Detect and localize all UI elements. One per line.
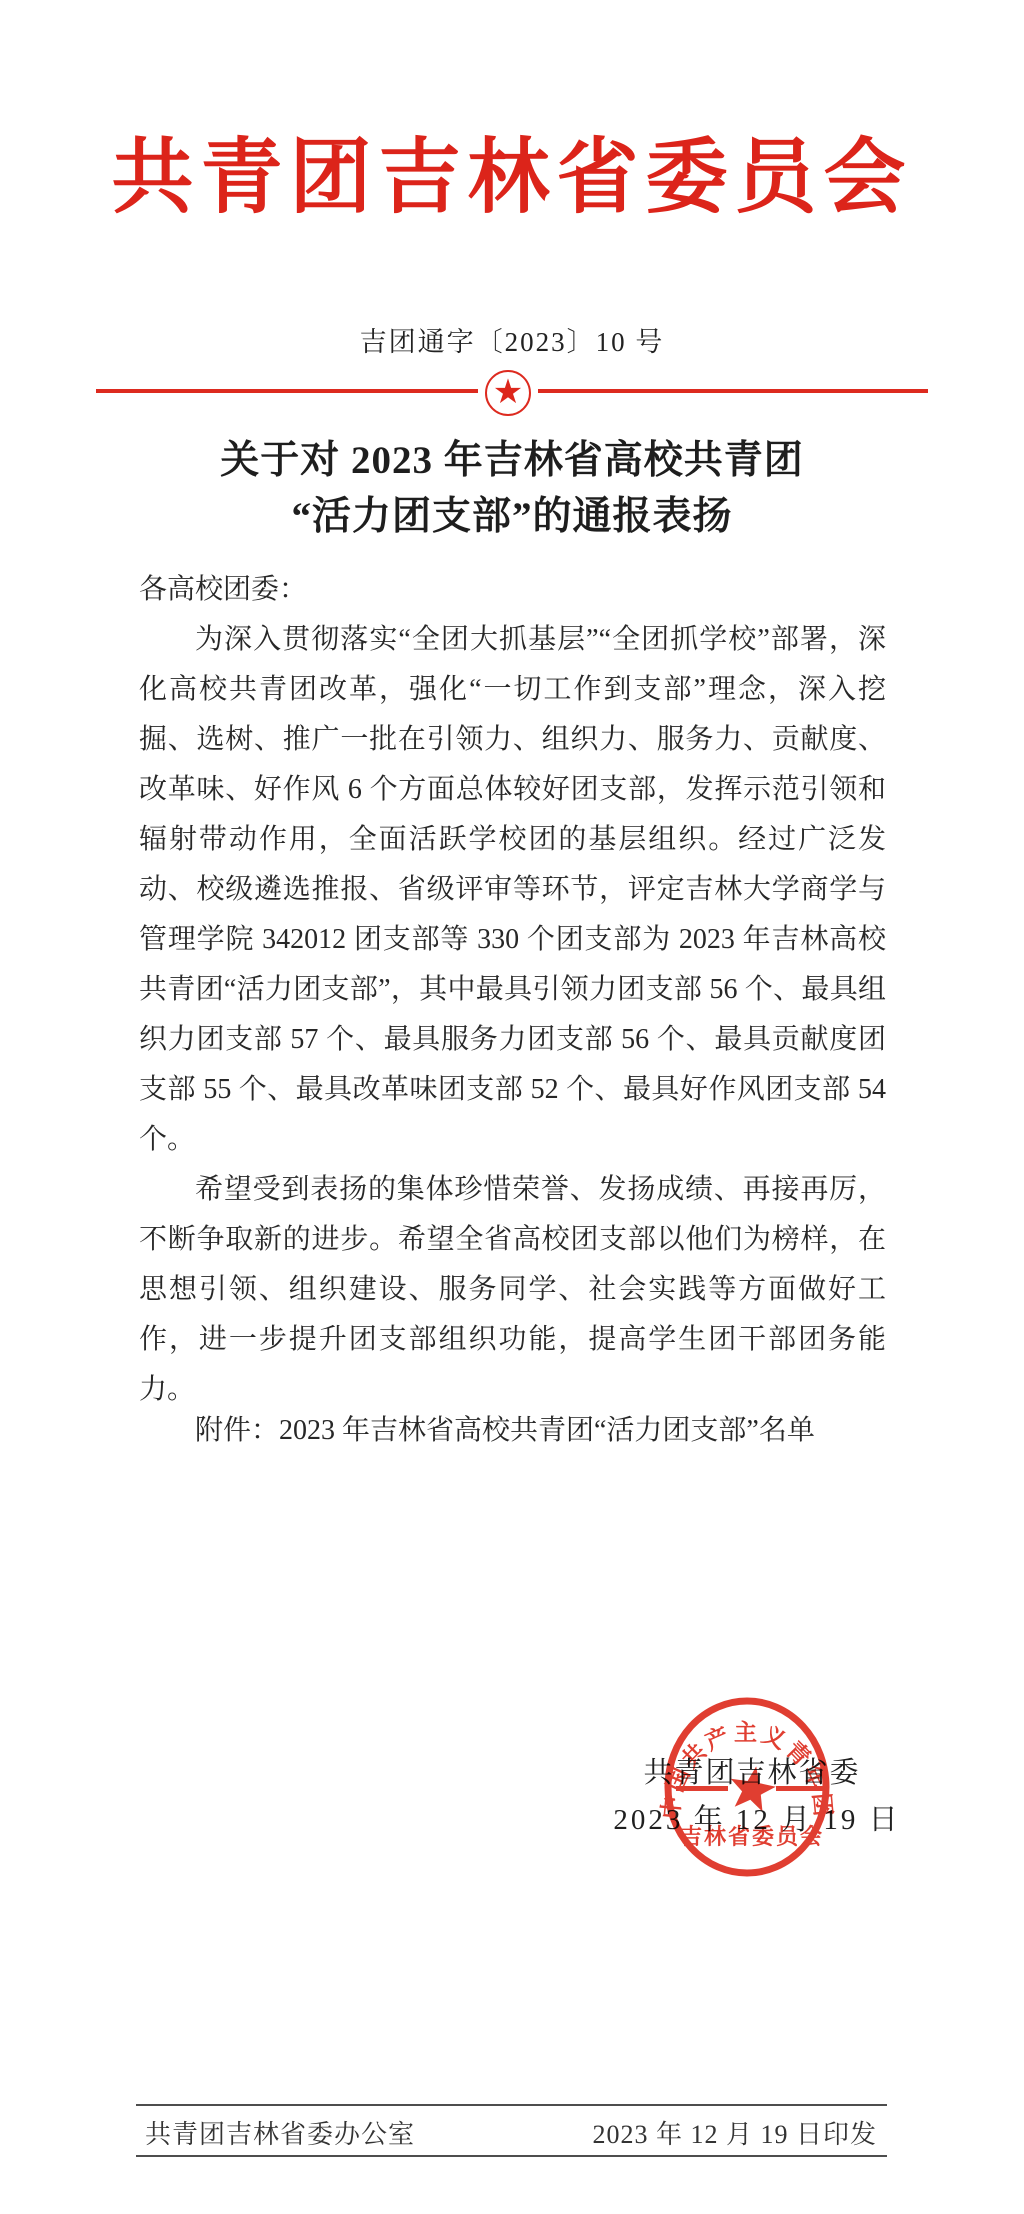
footer-rule-top [136, 2104, 887, 2106]
letterhead-title: 共青团吉林省委员会 [0, 112, 1024, 229]
seal-star-icon [731, 1766, 776, 1811]
star-emblem: ★ [485, 370, 531, 416]
seal-left-bar [676, 1786, 728, 1791]
body-paragraph-1: 为深入贯彻落实“全团大抓基层”“全团抓学校”部署，深化高校共青团改革，强化“一切… [139, 615, 886, 1165]
salutation: 各高校团委： [139, 565, 886, 615]
attachment-note: 附件：2023 年吉林省高校共青团“活力团支部”名单 [139, 1406, 886, 1456]
red-divider-right [538, 389, 928, 393]
document-body: 各高校团委： 为深入贯彻落实“全团大抓基层”“全团抓学校”部署，深化高校共青团改… [139, 565, 886, 1415]
footer-print-date: 2023 年 12 月 19 日印发 [592, 2114, 877, 2151]
document-title: 关于对 2023 年吉林省高校共青团 “活力团支部”的通报表扬 [0, 433, 1024, 545]
footer-rule-bottom [136, 2155, 887, 2157]
official-document-page: { "doc": { "header_title": "共青团吉林省委员会", … [0, 0, 1024, 2214]
document-title-line2: “活力团支部”的通报表扬 [0, 489, 1024, 545]
footer: 共青团吉林省委办公室 2023 年 12 月 19 日印发 [145, 2114, 877, 2151]
footer-issuing-office: 共青团吉林省委办公室 [145, 2114, 415, 2151]
document-number: 吉团通字〔2023〕10 号 [0, 320, 1024, 359]
seal-right-bar [776, 1786, 828, 1791]
document-title-line1: 关于对 2023 年吉林省高校共青团 [0, 433, 1024, 489]
red-divider-left [96, 389, 478, 393]
red-star-icon: ★ [493, 375, 523, 409]
official-seal: 中国共产主义青年团 吉林省委员会 [652, 1686, 842, 1886]
seal-bottom-text: 吉林省委员会 [680, 1824, 824, 1849]
body-paragraph-2: 希望受到表扬的集体珍惜荣誉、发扬成绩、再接再厉，不断争取新的进步。希望全省高校团… [139, 1165, 886, 1415]
